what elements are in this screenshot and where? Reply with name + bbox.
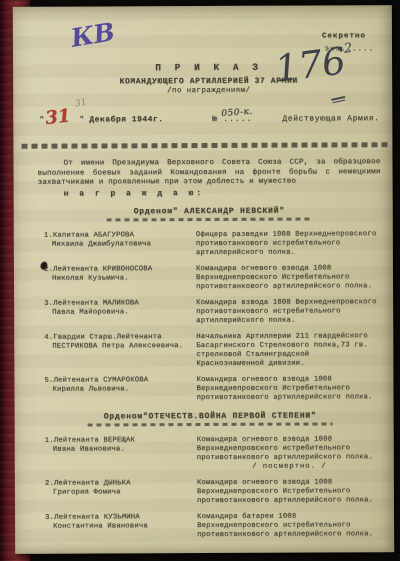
entry-patronymic: Михаила Джамбулатовича xyxy=(38,240,196,250)
entry-position-block: Командира огневого взвода 1008 Верхнедне… xyxy=(197,435,382,472)
location-label: Действующая Армия. xyxy=(282,114,379,123)
section-heading-nevsky: Орденом" АЛЕКСАНДР НЕВСКИЙ" xyxy=(38,206,381,216)
order-number-prefix: № xyxy=(212,115,218,124)
award-entry: 1.Лейтенанта ВЕРЕЩАК Ивана Ивановича. Ко… xyxy=(39,435,382,472)
entry-position: Командира батареи 1008 Верхнеднепровског… xyxy=(197,512,382,540)
entry-name-block: 2.Лейтенанта ДЫНЬКА Григория Фомича xyxy=(39,479,197,507)
award-list-patriotic-war: 1.Лейтенанта ВЕРЕЩАК Ивана Ивановича. Ко… xyxy=(39,435,382,540)
entry-name-block: 1.Лейтенанта ВЕРЕЩАК Ивана Ивановича. xyxy=(39,436,197,473)
award-entry: 5.Лейтенанта СУМАРОКОВА Кирилла Львовича… xyxy=(38,375,381,403)
preamble-text: От имени Президиума Верховного Совета Со… xyxy=(38,158,381,186)
entry-patronymic: Павла Майоровича. xyxy=(38,308,196,318)
entry-position: Командира огневого взвода 1008 Верхнедне… xyxy=(196,375,381,403)
handwritten-day: 31 xyxy=(44,105,71,129)
quote-open: " xyxy=(39,116,44,125)
entry-position: Начальника Артиллерии 211 гвардейского Б… xyxy=(196,332,381,369)
entry-position: Офицера разведки 1008 Верхнеднепровского… xyxy=(196,230,381,258)
entry-patronymic: Константина Ивановича xyxy=(39,522,197,532)
award-entry: 2.Лейтенанта ДЫНЬКА Григория Фомича Кома… xyxy=(39,478,382,506)
handwritten-order-number: 176 xyxy=(273,39,348,91)
heading-underline xyxy=(107,218,312,222)
entry-posthumous-note: / посмертно. / xyxy=(197,462,382,472)
award-list-nevsky: 1.Капитана АБАГУРОВА Михаила Джамбулатов… xyxy=(38,230,382,403)
heading-underline xyxy=(88,422,333,426)
order-subtitle-note: /по награждениям/ xyxy=(37,86,380,95)
entry-name-block: 2.Лейтенанта КРИВОНОСОВА Николая Кузьмич… xyxy=(38,265,196,293)
entry-position: Командира огневого взвода 1008 Верхнедне… xyxy=(196,264,381,292)
pen-stroke xyxy=(331,96,345,101)
secret-stamp: Секретно xyxy=(322,32,366,40)
entry-name-block: 4.Гвардии Старш.Лейтенанта ПЕСТРИКОВА Пе… xyxy=(38,333,196,370)
award-entry: 3.Лейтенанта КУЗЬМИНА Константина Иванов… xyxy=(39,512,382,540)
entry-patronymic: Ивана Ивановича. xyxy=(39,445,197,455)
document-page: КВ Секретно экз...... 2 176 31 П Р И К А… xyxy=(13,5,394,554)
award-entry: 4.Гвардии Старш.Лейтенанта ПЕСТРИКОВА Пе… xyxy=(38,332,381,369)
entry-position: Командира взвода 1008 Верхнеднепровского… xyxy=(196,298,381,326)
month-year: Декабря 1944г. xyxy=(89,115,163,124)
quote-close: " xyxy=(79,116,84,125)
entry-patronymic: Кирилла Львовича. xyxy=(38,385,196,395)
entry-patronymic: ПЕСТРИКОВА Петра Алексеевича. xyxy=(38,342,196,352)
entry-name-block: 3.Лейтенанта МАЛИКОВА Павла Майоровича. xyxy=(38,299,196,327)
entry-name-block: 5.Лейтенанта СУМАРОКОВА Кирилла Львовича… xyxy=(38,376,196,404)
entry-position: Командира огневого взвода 1008 Верхнедне… xyxy=(197,478,382,506)
award-word: н а г р а ж д а ю: xyxy=(38,188,381,199)
entry-name-block: 1.Капитана АБАГУРОВА Михаила Джамбулатов… xyxy=(38,231,196,259)
pencil-note: 31 xyxy=(74,98,87,110)
entry-patronymic: Николая Кузьмича. xyxy=(38,274,196,284)
dashed-separator xyxy=(21,142,388,149)
entry-position: Командира огневого взвода 1008 Верхнедне… xyxy=(197,435,373,462)
award-entry: 1.Капитана АБАГУРОВА Михаила Джамбулатов… xyxy=(38,230,381,258)
entry-patronymic: Григория Фомича xyxy=(39,488,197,498)
preamble: От имени Президиума Верховного Совета Со… xyxy=(37,158,380,198)
award-entry: 3.Лейтенанта МАЛИКОВА Павла Майоровича. … xyxy=(38,298,381,326)
handwritten-monogram: КВ xyxy=(69,17,117,53)
entry-name-block: 3.Лейтенанта КУЗЬМИНА Константина Иванов… xyxy=(39,513,197,541)
section-heading-patriotic-war: Орденом"ОТЕЧЕСТВ.ВОЙНА ПЕРВОЙ СТЕПЕНИ" xyxy=(39,411,382,421)
dateline: " 31 " Декабря 1944г. № ..... 050-к. Дей… xyxy=(37,110,380,127)
award-entry: 2.Лейтенанта КРИВОНОСОВА Николая Кузьмич… xyxy=(38,264,381,292)
copy-dots: .... xyxy=(352,45,374,53)
